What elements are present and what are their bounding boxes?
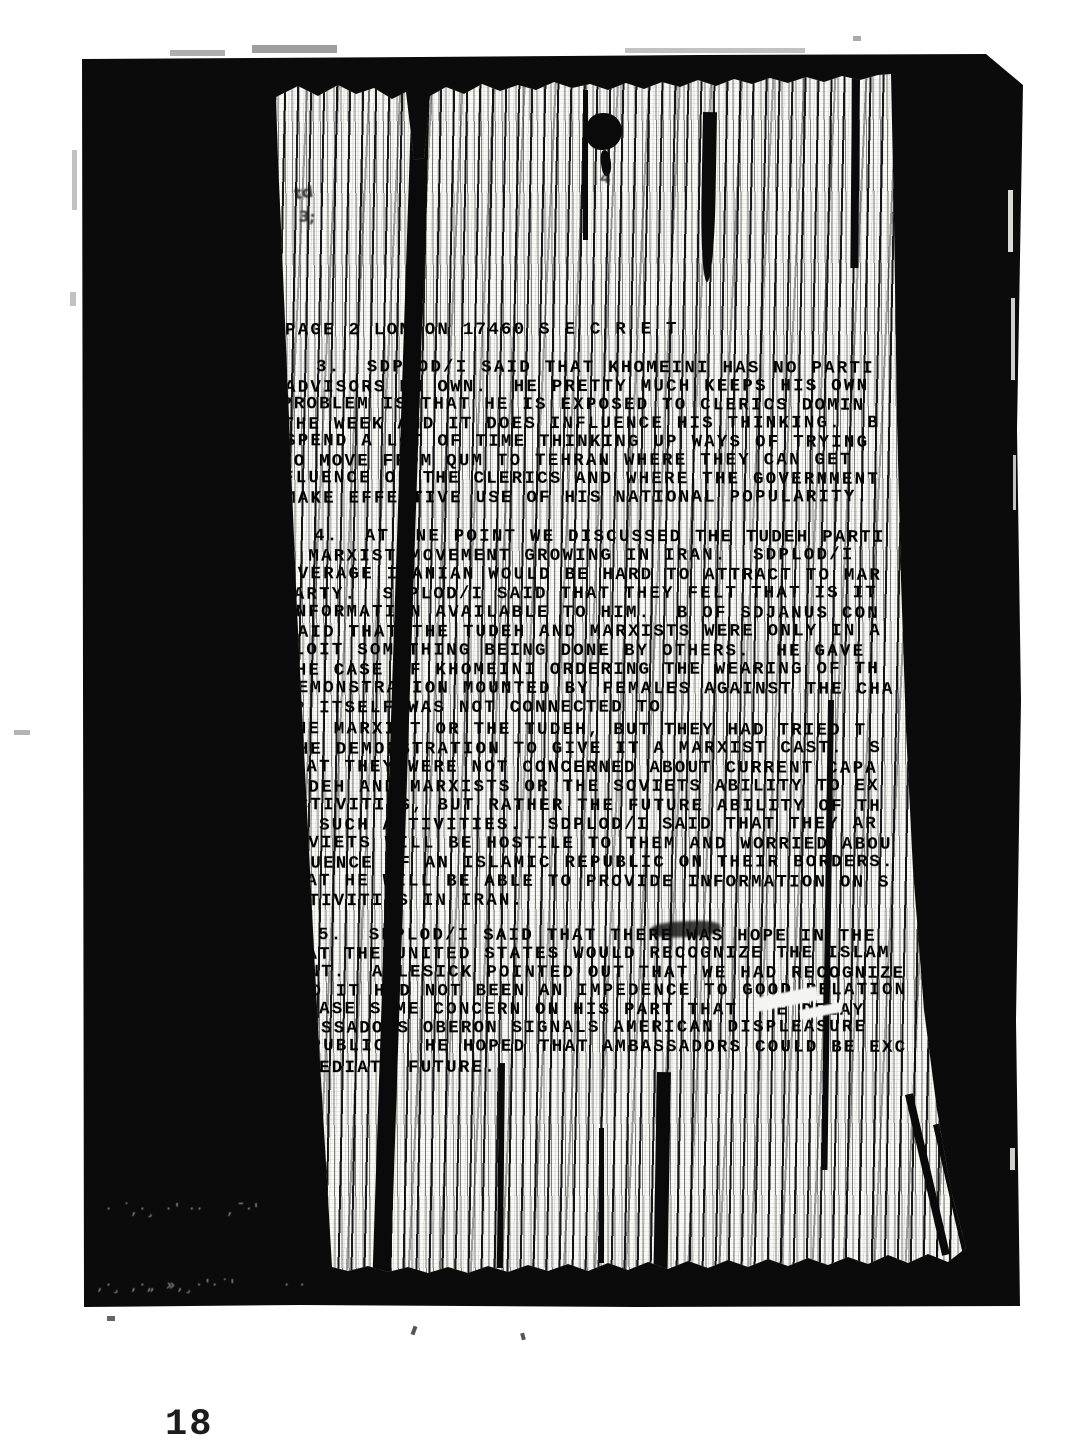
page-number: 18 xyxy=(165,1404,213,1446)
scribble-layer: · ˙‚·¸ ·‛ ·· ‚¯·'‚·¸ ‚·„ »‚¸·‛·˙' · · xyxy=(0,0,1067,1448)
edge-sliver xyxy=(1010,1148,1015,1170)
edge-sliver xyxy=(1013,455,1016,510)
scanned-page: PAGE 2 LONDON 17460 S E C R E T3. SDPLOD… xyxy=(0,0,1067,1448)
photo-fringe xyxy=(625,48,805,53)
edge-sliver xyxy=(1008,190,1013,252)
photo-fringe xyxy=(252,45,337,53)
edge-sliver xyxy=(1011,298,1015,380)
photo-speck xyxy=(107,1316,115,1321)
photo-fringe xyxy=(170,50,225,56)
white-scribble-mark: · ˙‚·¸ ·‛ ·· ‚¯·' xyxy=(106,1200,261,1218)
photo-fringe xyxy=(72,150,77,210)
photo-fringe xyxy=(70,292,76,306)
white-scribble-mark: ‚·¸ ‚·„ »‚¸·‛·˙' · · xyxy=(98,1276,307,1294)
margin-mark xyxy=(14,730,30,735)
photo-speck xyxy=(853,36,861,41)
